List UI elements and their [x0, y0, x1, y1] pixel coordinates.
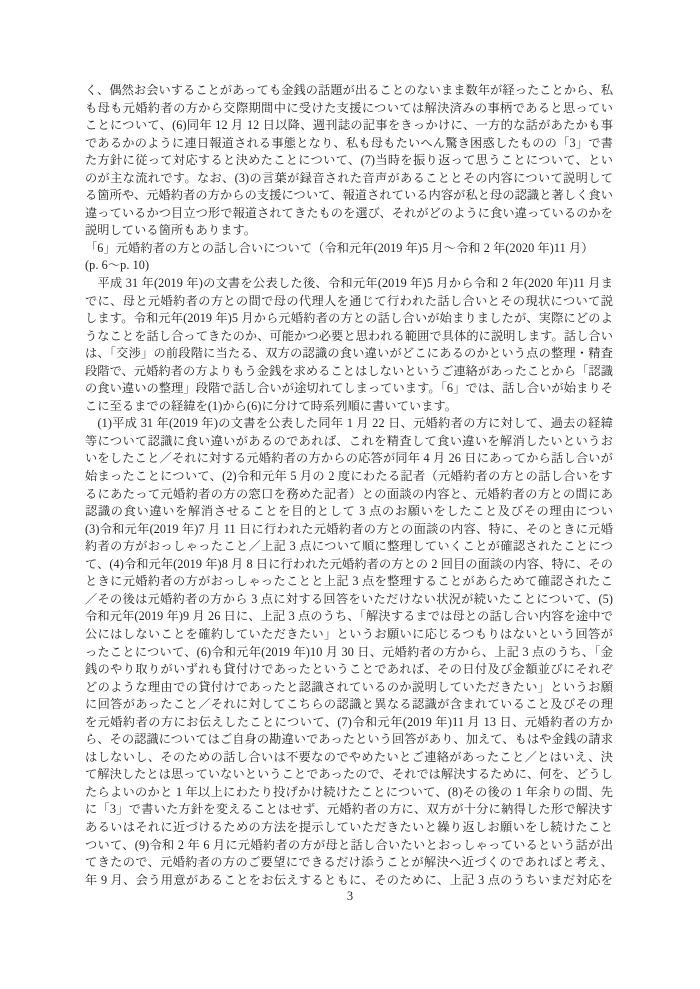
text-line: ときに元婚約者の方がおっしゃったことと上記 3 点を整理することがあらためて確認… — [85, 573, 613, 591]
text-line: て、(4)令和元年(2019 年)8 月 8 日に行われた元婚約者の方との 2 … — [85, 556, 613, 574]
text-line: 令和元年(2019 年)9 月 26 日に、上記 3 点のうち、「解決するまでは… — [85, 608, 613, 626]
text-line: 公にはしないことを確約していただきたい」というお願いに応じるつもりはないという回… — [85, 626, 613, 644]
text-line: を元婚約者の方にお伝えしたことについて、(7)令和元年(2019 年)11 月 … — [85, 714, 613, 732]
text-line: します。令和元年(2019 年)5 月から元婚約者の方との話し合いが始まりました… — [85, 310, 613, 328]
text-line: は、「交渉」の前段階に当たる、双方の認識の食い違いがどこにあるのかという点の整理… — [85, 345, 613, 363]
text-line: 「6」元婚約者の方との話し合いについて（令和元年(2019 年)5 月～令和 2… — [85, 240, 613, 258]
text-line: 説明している箇所もあります。 — [85, 222, 613, 240]
text-line: 約者の方がおっしゃったこと／上記 3 点について順に整理していくことが確認された… — [85, 538, 613, 556]
text-line: 銭のやり取りがいずれも貸付けであったということであれば、その日付及び金額並びにそ… — [85, 661, 613, 679]
text-line: (p. 6～p. 10) — [85, 257, 613, 275]
text-line: ついて、(9)令和 2 年 6 月に元婚約者の方が母と話し合いたいとおっしゃって… — [85, 837, 613, 855]
text-line: る箇所や、元婚約者の方からの支援について、報道されている内容が私と母の認識と著し… — [85, 187, 613, 205]
page-number: 3 — [0, 888, 700, 905]
text-line: た方針に従って対応すると決めたことについて、(7)当時を振り返って思うことについ… — [85, 152, 613, 170]
document-page: く、偶然お会いすることがあっても金銭の話題が出ることのないまま数年が経ったことか… — [0, 0, 700, 989]
text-line: るにあたって元婚約者の方の窓口を務めた記者）との面談の内容と、元婚約者の方との間… — [85, 486, 613, 504]
text-line: 認識の食い違いを解消させることを目的として 3 点のお願いをしたこと及びその理由… — [85, 503, 613, 521]
text-line: 年 9 月、会う用意があることをお伝えするともに、そのために、上記 3 点のうち… — [85, 872, 613, 890]
text-line: のが主な流れです。なお、(3)の言葉が録音された音声があることとその内容について… — [85, 170, 613, 188]
text-line: 平成 31 年(2019 年)の文書を公表した後、令和元年(2019 年)5 月… — [85, 275, 613, 293]
text-line: に回答があったこと／それに対してこちらの認識と異なる認識が含まれていること及びそ… — [85, 696, 613, 714]
text-line: ことについて、(6)同年 12 月 12 日以降、週刊誌の記事をきっかけに、一方… — [85, 117, 613, 135]
text-line: どのような理由での貸付けであったと認識されているのか説明していただきたい」という… — [85, 679, 613, 697]
text-line: 始まったことについて、(2)令和元年 5 月の 2 度にわたる記者（元婚約者の方… — [85, 468, 613, 486]
text-line: (1)平成 31 年(2019 年)の文書を公表した同年 1 月 22 日、元婚… — [85, 415, 613, 433]
document-body: く、偶然お会いすることがあっても金銭の話題が出ることのないまま数年が経ったことか… — [85, 82, 613, 889]
text-line: こに至るまでの経緯を(1)から(6)に分けて時系列順に書いています。 — [85, 398, 613, 416]
text-line: でに、母と元婚約者の方との間で母の代理人を通じて行われた話し合いとその現状につい… — [85, 293, 613, 311]
text-line: に「3」で書いた方針を変えることはせず、元婚約者の方に、双方が十分に納得した形で… — [85, 801, 613, 819]
text-line: も母も元婚約者の方から交際期間中に受けた支援については解決済みの事柄であると思っ… — [85, 100, 613, 118]
text-line: うなことを話し合ってきたのか、可能かつ必要と思われる範囲で具体的に説明します。話… — [85, 328, 613, 346]
text-line: て解決したとは思っていないということであったので、それでは解決するために、何を、… — [85, 766, 613, 784]
text-line: 等について認識に食い違いがあるのであれば、これを精査して食い違いを解消したいとい… — [85, 433, 613, 451]
text-line: (3)令和元年(2019 年)7 月 11 日に行われた元婚約者の方との面談の内… — [85, 521, 613, 539]
text-line: 違っているかつ目立つ形で報道されてきたものを選び、それがどのように食い違っている… — [85, 205, 613, 223]
text-line: ら、その認識についてはご自身の勘違いであったという回答があり、加えて、もはや金銭… — [85, 731, 613, 749]
text-line: の食い違いの整理」段階で話し合いが途切れてしまっています。「6」では、話し合いが… — [85, 380, 613, 398]
text-line: てきたので、元婚約者の方のご要望にできるだけ添うことが解決へ近づくのであればと考… — [85, 854, 613, 872]
text-line: あるいはそれに近づけるための方法を提示していただきたいと繰り返しお願いをし続けた… — [85, 819, 613, 837]
text-line: はしないし、そのための話し合いは不要なのでやめたいとご連絡があったこと／とはいえ… — [85, 749, 613, 767]
text-line: いをしたこと／それに対する元婚約者の方からの応答が同年 4 月 26 日にあって… — [85, 450, 613, 468]
text-line: たらよいのかと 1 年以上にわたり投げかけ続けたことについて、(8)その後の 1… — [85, 784, 613, 802]
text-line: ／その後は元婚約者の方から 3 点に対する回答をいただけない状況が続いたことにつ… — [85, 591, 613, 609]
text-line: であるかのように連日報道される事態となり、私も母もたいへん驚き困惑したものの「3… — [85, 135, 613, 153]
text-line: 段階で、元婚約者の方よりもう金銭を求めることはしないというご連絡があったことから… — [85, 363, 613, 381]
text-line: ったことについて、(6)令和元年(2019 年)10 月 30 日、元婚約者の方… — [85, 644, 613, 662]
text-line: く、偶然お会いすることがあっても金銭の話題が出ることのないまま数年が経ったことか… — [85, 82, 613, 100]
